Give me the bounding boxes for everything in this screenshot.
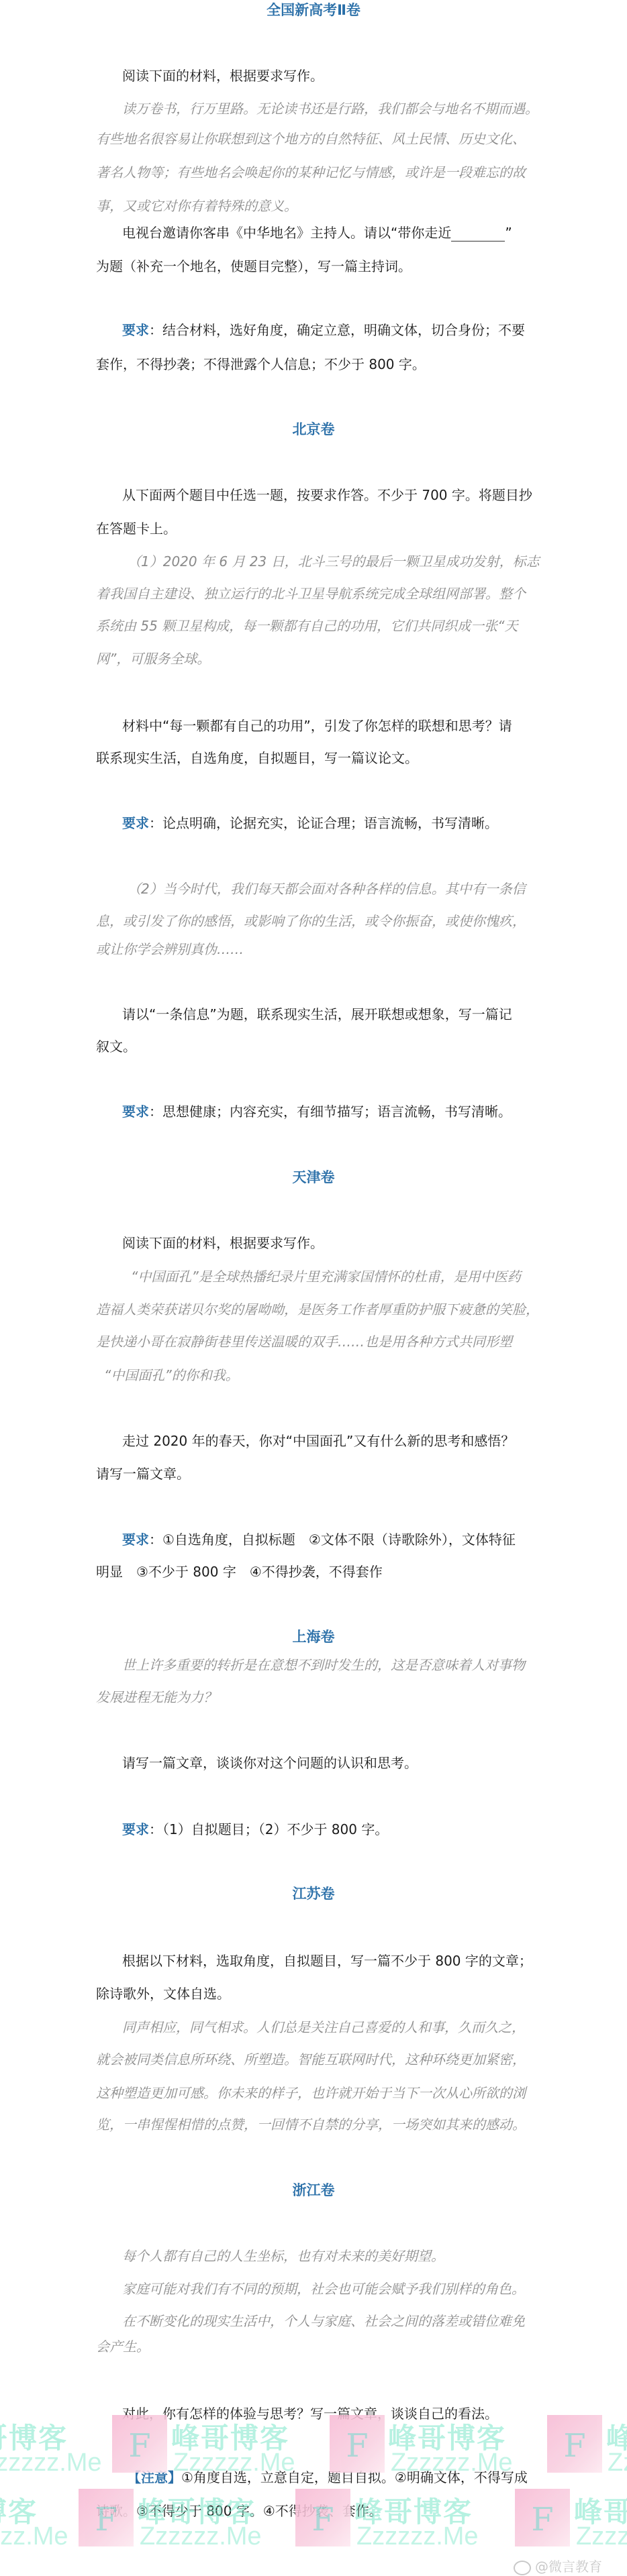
material-line: 发展进程无能为力？: [96, 1688, 217, 1706]
material-line: “中国面孔”是全球热播纪录片里充满家国情怀的杜甫，是用中医药: [131, 1268, 521, 1285]
material-line: 会产生。: [96, 2338, 150, 2355]
material-line: “中国面孔”的你和我。: [104, 1366, 239, 1384]
requirement: 要求：思想健康；内容充实，有细节描写；语言流畅，书写清晰。: [122, 1103, 512, 1120]
prompt-text: 联系现实生活，自选角度，自拟题目，写一篇议论文。: [96, 749, 418, 767]
intro-text: 根据以下材料，选取角度，自拟题目，写一篇不少于 800 字的文章；: [122, 1952, 532, 1970]
watermark-url: Zzzzzz.Me: [356, 2522, 479, 2551]
requirement-text: 明显 ③不少于 800 字 ④不得抄袭，不得套作: [96, 1563, 383, 1580]
requirement: 要求：①自选角度，自拟标题 ②文体不限（诗歌除外），文体特征: [122, 1531, 516, 1548]
watermark-brand: 峰哥博客: [574, 2490, 627, 2530]
requirement: 要求：论点明确，论据充实，论证合理；语言流畅，书写清晰。: [122, 814, 498, 832]
watermark-url: Zzzzzz.Me: [576, 2522, 627, 2551]
material-line: 世上许多重要的转折是在意想不到时发生的，这是否意味着人对事物: [122, 1656, 525, 1674]
section-title-national-ii: 全国新高考Ⅱ卷: [0, 1, 627, 19]
prompt-text: 对此，你有怎样的体验与思考？写一篇文章，谈谈自己的看法。: [122, 2405, 498, 2422]
requirement-text: ：论点明确，论据充实，论证合理；语言流畅，书写清晰。: [149, 815, 498, 831]
watermark-brand: 峰哥博客: [0, 2416, 68, 2457]
intro-text: 在答题卡上。: [96, 520, 177, 537]
material-line: 览，一串惺惺相惜的点赞，一回情不自禁的分享，一场突如其来的感动。: [96, 2116, 526, 2133]
prompt-text: 请以“一条信息”为题，联系现实生活，展开联想或想象，写一篇记: [122, 1006, 512, 1023]
requirement-text: 套作，不得抄袭；不得泄露个人信息；不少于 800 字。: [96, 356, 426, 373]
note-text: ①角度自选，立意自定，题目自拟。②明确文体，不得写成: [181, 2469, 528, 2485]
intro-text: 从下面两个题目中任选一题，按要求作答。不少于 700 字。将题目抄: [122, 486, 532, 504]
source-mark-text: @微言教育: [535, 2559, 602, 2575]
material-line: 着我国自主建设、独立运行的北斗卫星导航系统完成全球组网部署。整个: [96, 585, 526, 602]
requirement-text: ：结合材料，选好角度，确定立意，明确文体，切合身份；不要: [149, 322, 525, 338]
material-line: 造福人类荣获诺贝尔奖的屠呦呦，是医务工作者厚重防护服下疲惫的笑脸，: [96, 1301, 539, 1318]
material-line: 就会被同类信息所环绕、所塑造。智能互联网时代，这种环绕更加紧密，: [96, 2051, 526, 2068]
section-title-shanghai: 上海卷: [0, 1628, 627, 1646]
material-line: 系统由 55 颗卫星构成，每一颗都有自己的功用，它们共同织成一张“天: [96, 617, 518, 635]
exam-essay-document: 全国新高考Ⅱ卷 阅读下面的材料，根据要求写作。 读万卷书，行万里路。无论读书还是…: [0, 0, 627, 2576]
prompt-text: 请写一篇文章，谈谈你对这个问题的认识和思考。: [122, 1754, 418, 1772]
material-line: 事，又或它对你有着特殊的意义。: [96, 197, 297, 215]
watermark-brand: 峰哥博客: [0, 2490, 38, 2530]
requirement-text: ：①自选角度，自拟标题 ②文体不限（诗歌除外），文体特征: [149, 1532, 516, 1548]
watermark-url: Zzzzzz.Me: [140, 2522, 262, 2551]
material-line: 在不断变化的现实生活中，个人与家庭、社会之间的落差或错位难免: [122, 2312, 525, 2330]
source-mark: @微言教育: [514, 2556, 602, 2575]
watermark-logo: F: [112, 2415, 167, 2473]
prompt-text: 叙文。: [96, 1038, 136, 1055]
material-line: 或让你学会辨别真伪……: [96, 941, 244, 958]
material-line: （2）当今时代，我们每天都会面对各种各样的信息。其中有一条信: [128, 880, 526, 898]
prompt-text: 材料中“每一颗都有自己的功用”，引发了你怎样的联想和思考？请: [122, 717, 512, 735]
intro-text: 阅读下面的材料，根据要求写作。: [122, 67, 324, 85]
prompt-text: 电视台邀请你客串《中华地名》主持人。请以“带你走近”: [122, 224, 512, 241]
section-title-beijing: 北京卷: [0, 421, 627, 438]
note-text: 诗歌。③不得少于 800 字。④不得抄袭、套作。: [96, 2502, 383, 2520]
material-line: （1）2020 年 6 月 23 日，北斗三号的最后一颗卫星成功发射，标志: [128, 553, 540, 570]
watermark-logo: F: [515, 2489, 570, 2546]
material-line: 著名人物等；有些地名会唤起你的某种记忆与情感，或许是一段难忘的故: [96, 164, 526, 181]
watermark-logo: F: [330, 2415, 385, 2473]
note-label: 【注意】: [128, 2469, 181, 2485]
requirement: 要求：（1）自拟题目；（2）不少于 800 字。: [122, 1821, 388, 1838]
section-title-jiangsu: 江苏卷: [0, 1885, 627, 1902]
material-line: 每个人都有自己的人生坐标，也有对未来的美好期望。: [122, 2247, 444, 2265]
closing-quote: ”: [505, 225, 512, 241]
requirement-text: ：（1）自拟题目；（2）不少于 800 字。: [149, 1821, 388, 1837]
section-title-zhejiang: 浙江卷: [0, 2182, 627, 2199]
requirement-label: 要求: [122, 322, 149, 338]
watermark-url: Zzzzzz.Me: [608, 2449, 627, 2477]
material-line: 读万卷书，行万里路。无论读书还是行路，我们都会与地名不期而遇。: [122, 100, 538, 117]
prompt-text: 走过 2020 年的春天，你对“中国面孔”又有什么新的思考和感悟？: [122, 1432, 514, 1450]
requirement-label: 要求: [122, 1104, 149, 1120]
watermark-logo: F: [547, 2415, 602, 2473]
requirement-label: 要求: [122, 1821, 149, 1837]
prompt-text: 请写一篇文章。: [96, 1465, 190, 1483]
watermark-brand: 峰哥博客: [388, 2416, 506, 2457]
requirement-label: 要求: [122, 1532, 149, 1548]
section-title-tianjin: 天津卷: [0, 1169, 627, 1186]
material-line: 网”，可服务全球。: [96, 650, 210, 667]
material-line: 是快递小哥在寂静街巷里传送温暖的双手……也是用各种方式共同形塑: [96, 1333, 512, 1350]
material-line: 息，或引发了你的感悟，或影响了你的生活，或令你振奋，或使你愧疚，: [96, 912, 526, 930]
intro-text: 阅读下面的材料，根据要求写作。: [122, 1234, 324, 1252]
note: 【注意】①角度自选，立意自定，题目自拟。②明确文体，不得写成: [128, 2469, 528, 2486]
weibo-icon: [514, 2561, 531, 2575]
prompt-text-part: 电视台邀请你客串《中华地名》主持人。请以“带你走近: [122, 225, 451, 241]
material-line: 这种塑造更加可感。你未来的样子，也许就开始于当下一次从心所欲的浏: [96, 2084, 526, 2102]
watermark-url: Zzzzzz.Me: [0, 2522, 68, 2551]
watermark-url: Zzzzzz.Me: [0, 2449, 102, 2477]
requirement: 要求：结合材料，选好角度，确定立意，明确文体，切合身份；不要: [122, 321, 525, 339]
fill-in-blank: [451, 229, 505, 241]
prompt-text: 为题（补充一个地名，使题目完整），写一篇主持词。: [96, 258, 412, 275]
intro-text: 除诗歌外，文体自选。: [96, 1985, 230, 2002]
material-line: 有些地名很容易让你联想到这个地方的自然特征、风土民情、历史文化、: [96, 130, 526, 148]
requirement-label: 要求: [122, 815, 149, 831]
watermark-brand: 峰哥博客: [171, 2416, 289, 2457]
requirement-text: ：思想健康；内容充实，有细节描写；语言流畅，书写清晰。: [149, 1104, 512, 1120]
material-line: 家庭可能对我们有不同的预期，社会也可能会赋予我们别样的角色。: [122, 2280, 525, 2298]
material-line: 同声相应，同气相求。人们总是关注自己喜爱的人和事，久而久之，: [122, 2019, 525, 2036]
watermark-brand: 峰哥博客: [606, 2416, 627, 2457]
